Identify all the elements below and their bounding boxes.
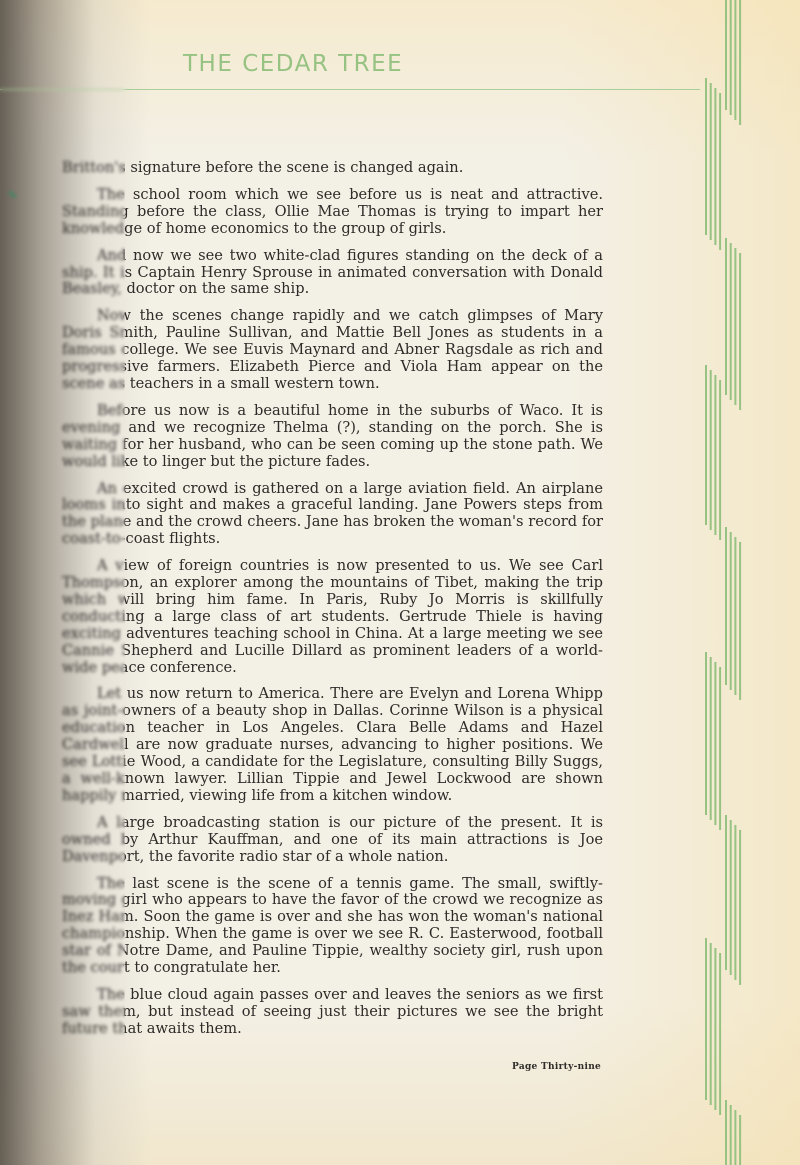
- paragraph: The school room which we see before us i…: [62, 187, 603, 238]
- paragraph: Now the scenes change rapidly and we cat…: [62, 308, 603, 393]
- paragraph: Britton's signature before the scene is …: [62, 160, 603, 177]
- paragraph: A view of foreign countries is now prese…: [62, 558, 603, 676]
- header-rule: [0, 89, 700, 90]
- paragraph: An excited crowd is gathered on a large …: [62, 481, 603, 549]
- page-number: Page Thirty-nine: [512, 1062, 601, 1072]
- paragraph: Before us now is a beautiful home in the…: [62, 403, 603, 471]
- paragraph: And now we see two white-clad figures st…: [62, 248, 603, 299]
- paragraph: Let us now return to America. There are …: [62, 686, 603, 804]
- paragraph: The blue cloud again passes over and lea…: [62, 987, 603, 1038]
- paragraph: A large broadcasting station is our pict…: [62, 815, 603, 866]
- paragraph: The last scene is the scene of a tennis …: [62, 876, 603, 977]
- running-header-title: THE CEDAR TREE: [183, 51, 403, 77]
- decorative-border-stripes: [700, 0, 750, 1165]
- body-text: Britton's signature before the scene is …: [62, 160, 603, 1048]
